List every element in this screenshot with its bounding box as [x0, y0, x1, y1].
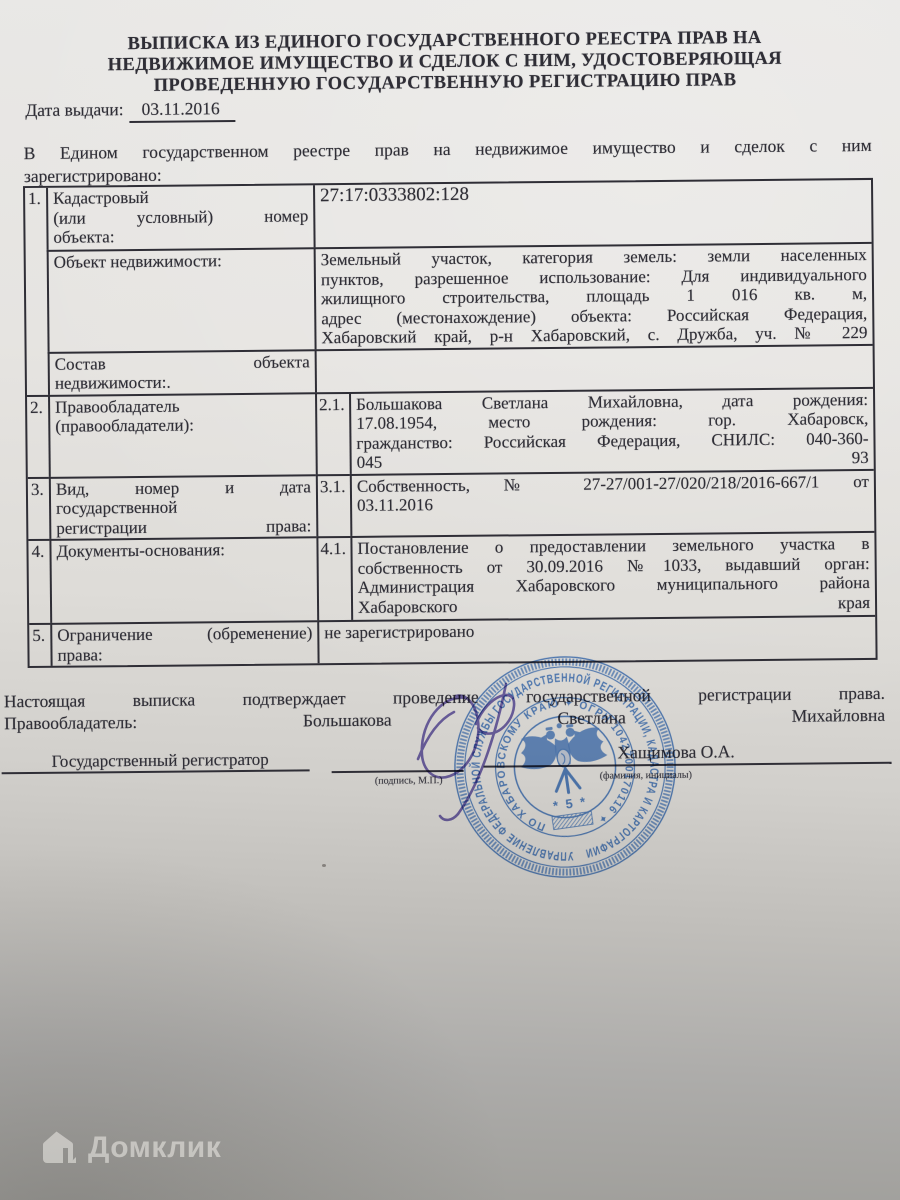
- row-subnumber: 4.1.: [316, 536, 351, 620]
- row-label: Вид, номер и дата государственной регист…: [49, 474, 317, 539]
- registrar-label: Государственный регистратор: [51, 750, 268, 772]
- domklik-watermark-label: Домклик: [88, 1131, 221, 1165]
- issue-date-line: Дата выдачи:03.11.2016: [25, 98, 236, 124]
- row-value: Собственность, № 27-27/001-27/020/218/20…: [350, 468, 875, 536]
- row-number: [27, 351, 48, 394]
- row-subnumber: 3.1.: [316, 473, 351, 536]
- property-table: 1. Кадастровый (или условный) номер объе…: [23, 178, 878, 668]
- issue-date-value: 03.11.2016: [129, 98, 235, 123]
- row-number: 4.: [28, 539, 50, 623]
- document-photo: ВЫПИСКА ИЗ ЕДИНОГО ГОСУДАРСТВЕННОГО РЕЕС…: [0, 0, 900, 1200]
- row-label: Правообладатель (правообладатели):: [48, 392, 316, 477]
- document-content: ВЫПИСКА ИЗ ЕДИНОГО ГОСУДАРСТВЕННОГО РЕЕС…: [0, 0, 900, 1200]
- row-label: Объект недвижимости:: [47, 247, 315, 351]
- row-number: [26, 250, 48, 352]
- row-number: 1.: [25, 188, 47, 250]
- table-row: 5. Ограничение (обременение) права: не з…: [29, 615, 875, 666]
- table-row: Объект недвижимости: Земельный участок, …: [26, 242, 873, 352]
- row-number: 3.: [28, 476, 50, 539]
- domklik-house-icon: [38, 1128, 78, 1168]
- extract-title: ВЫПИСКА ИЗ ЕДИНОГО ГОСУДАРСТВЕННОГО РЕЕС…: [55, 27, 836, 97]
- domklik-watermark: Домклик: [38, 1128, 221, 1168]
- table-row: 3. Вид, номер и дата государственной рег…: [28, 468, 875, 539]
- issue-date-label: Дата выдачи:: [25, 99, 123, 120]
- row-number: 5.: [29, 623, 50, 666]
- row-label: Документы-основания:: [49, 536, 317, 623]
- table-row: 2. Правообладатель (правообладатели): 2.…: [27, 386, 874, 476]
- registrar-signature: [388, 664, 568, 824]
- row-value: Большакова Светлана Михайловна, дата рож…: [349, 386, 874, 473]
- row-number: 2.: [27, 394, 49, 476]
- row-label: Состав объекта недвижимости:.: [48, 349, 315, 395]
- row-label: Кадастровый (или условный) номер объекта…: [46, 185, 314, 250]
- table-row: 1. Кадастровый (или условный) номер объе…: [25, 180, 872, 250]
- row-value: Постановление о предоставлении земельног…: [350, 531, 875, 620]
- table-row: 4. Документы-основания: 4.1. Постановлен…: [28, 531, 875, 623]
- row-label: Ограничение (обременение) права:: [50, 620, 317, 666]
- row-value: 27:17:0333802:128: [313, 180, 872, 247]
- row-value: [315, 343, 873, 391]
- row-subnumber: 2.1.: [315, 391, 350, 473]
- paper-speck: [322, 864, 326, 867]
- row-value: Земельный участок, категория земель: зем…: [314, 242, 873, 349]
